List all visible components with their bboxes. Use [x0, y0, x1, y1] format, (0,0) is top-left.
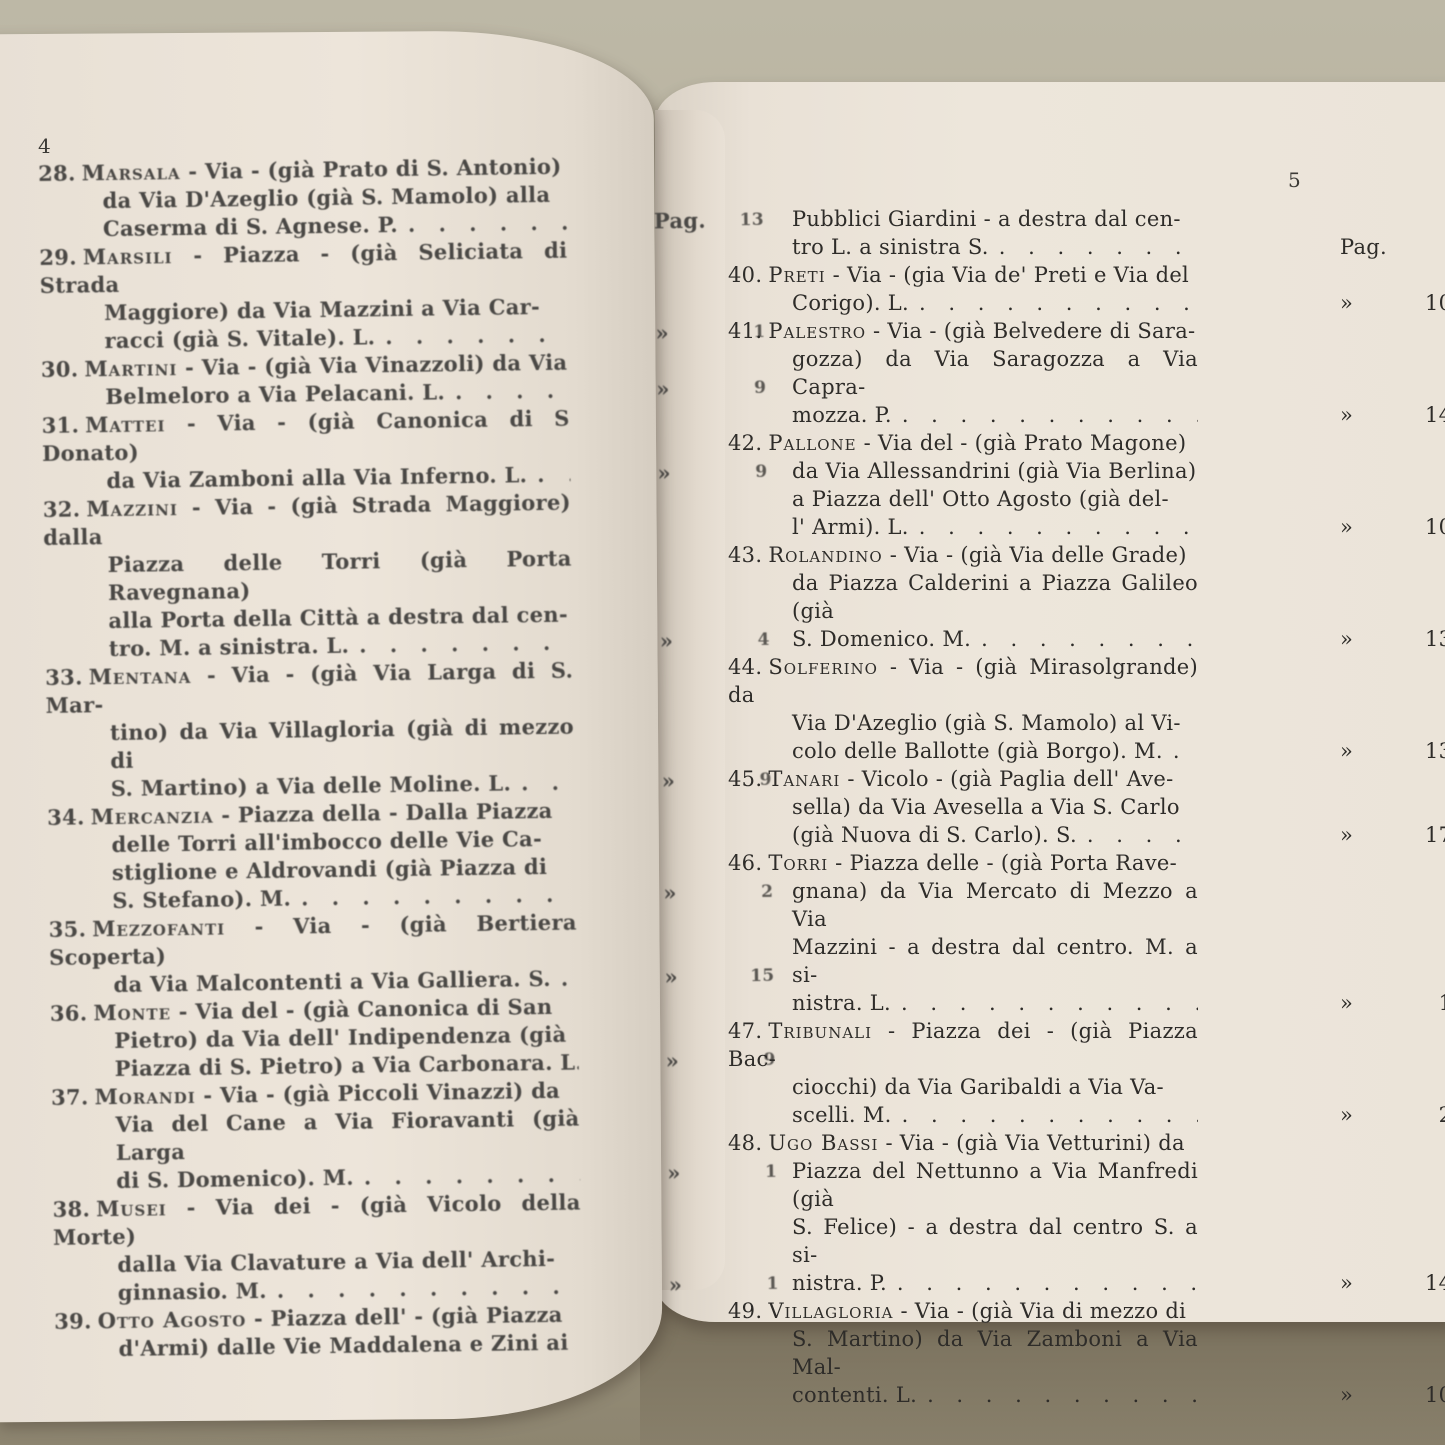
entry-text-line: S. Stefano). M. — [112, 885, 291, 915]
page-ref-value: 141 — [1425, 401, 1445, 429]
right-page-number: 5 — [1288, 168, 1301, 192]
entry-number: 35. — [49, 916, 87, 942]
entry-number: 46. — [728, 851, 762, 875]
entry-number: 45. — [728, 767, 762, 791]
entry-number: 47. — [728, 1019, 762, 1043]
street-name: Monte — [93, 999, 171, 1025]
index-entry: 44.Solferino - Via - (già Mirasolgrande)… — [728, 653, 1328, 765]
page-reference: »26 — [1340, 1101, 1445, 1129]
index-entry: 43.Rolandino - Via - (già Via delle Grad… — [728, 541, 1328, 653]
index-entry: 38.Musei - Via dei - (già Vicolo della M… — [52, 1187, 669, 1308]
entry-first-line: 47.Tribunali - Piazza dei - (già Piazza … — [728, 1017, 1198, 1073]
page-reference: »101 — [1340, 513, 1445, 541]
entry-text-line: nistra. L. — [792, 989, 891, 1017]
entry-text-line: - Piazza della - Dalla Piazza — [221, 798, 553, 828]
dot-leaders: . . . . . . . . . . . . . . . . . . . . … — [1173, 737, 1198, 765]
entry-first-line: 45.Tanari - Vicolo - (già Paglia dell' A… — [728, 765, 1198, 793]
entry-text-line: (già Nuova di S. Carlo). S. — [792, 821, 1077, 849]
page-ref-label: » — [667, 1159, 681, 1187]
street-name: Tribunali — [768, 1019, 872, 1043]
entry-first-line: 35.Mezzofanti - Via - (già Bertiera Scop… — [49, 909, 578, 972]
dot-leaders: . . . . . . . . . . . . . . . . . . . . … — [561, 965, 578, 993]
entry-text-line: - Via - (già Prato di S. Antonio) — [188, 154, 562, 184]
entry-text-line: ciocchi) da Via Garibaldi a Via Va- — [728, 1073, 1198, 1101]
street-name: Ugo Bassi — [768, 1131, 878, 1155]
street-name: Mentana — [88, 663, 191, 689]
entry-text-line: scelli. M. — [792, 1101, 892, 1129]
page-ref-value: 105 — [1425, 1381, 1445, 1409]
street-name: Pallone — [768, 431, 856, 455]
entry-last-line: colo delle Ballotte (già Borgo). M.. . .… — [728, 737, 1198, 765]
index-entry: 30.Martini - Via - (già Via Vinazzoli) d… — [41, 347, 657, 412]
entry-text-line: contenti. L. — [792, 1381, 917, 1409]
street-name: Villagloria — [768, 1299, 893, 1323]
entry-number: 48. — [728, 1131, 762, 1155]
entry-last-line: scelli. M.. . . . . . . . . . . . . . . … — [728, 1101, 1198, 1129]
page-ref-label: » — [664, 963, 678, 991]
entry-text-line: - Via - (già Belvedere di Sara- — [873, 319, 1195, 343]
page-ref-value: 9 — [1426, 233, 1445, 261]
entry-last-line: nistra. P.. . . . . . . . . . . . . . . … — [728, 1269, 1198, 1297]
entry-text-line: S. Domenico. M. — [792, 625, 971, 653]
page-ref-label: » — [663, 879, 677, 907]
page-ref-value: 132 — [1425, 737, 1445, 765]
index-entry: 42.Pallone - Via del - (già Prato Magone… — [728, 429, 1328, 541]
entry-last-line: tro L. a sinistra S. . . . . . . . . . .… — [728, 233, 1198, 261]
entry-first-line: 38.Musei - Via dei - (già Vicolo della M… — [52, 1189, 581, 1252]
entry-number: 29. — [39, 244, 77, 270]
entry-text-line: tro. M. a sinistra. L. — [109, 632, 350, 663]
page-ref-value: 26 — [1426, 1101, 1445, 1129]
page-ref-label: » — [655, 319, 669, 347]
entry-text-line: Caserma di S. Agnese. P. — [103, 211, 398, 243]
index-entry: 41.Palestro - Via - (già Belvedere di Sa… — [728, 317, 1328, 429]
index-entry: 33.Mentana - Via - (già Via Larga di S. … — [45, 655, 662, 804]
page-reference: »170 — [1340, 821, 1445, 849]
index-entry: 36.Monte - Via del - (già Canonica di Sa… — [50, 991, 666, 1084]
left-page-number: 4 — [38, 134, 51, 158]
index-entry: 47.Tribunali - Piazza dei - (già Piazza … — [728, 1017, 1328, 1129]
index-entry: 32.Mazzini - Via - (già Strada Maggiore)… — [43, 487, 660, 664]
entry-text-line: - Via - (già Via Vetturini) da — [885, 1131, 1184, 1155]
entry-number: 39. — [54, 1308, 92, 1334]
page-ref-value: 14 — [1426, 989, 1445, 1017]
entry-number: 30. — [41, 356, 79, 382]
entry-first-line: 32.Mazzini - Via - (già Strada Maggiore)… — [43, 489, 572, 552]
dot-leaders: . . . . . . . . . . . . . . . . . . . . … — [277, 1273, 582, 1305]
dot-leaders: . . . . . . . . . . . . . . . . . . . . … — [359, 629, 573, 660]
entry-last-line: contenti. L.. . . . . . . . . . . . . . … — [728, 1381, 1198, 1409]
index-entry: 37.Morandi - Via - (già Piccoli Vinazzi)… — [51, 1075, 668, 1196]
dot-leaders: . . . . . . . . . . . . . . . . . . . . … — [981, 625, 1198, 653]
entry-text-line: - Via del - (già Canonica di San — [178, 994, 552, 1024]
entry-first-line: 29.Marsili - Piazza - (già Seliciata di … — [39, 237, 568, 300]
dot-leaders: . . . . . . . . . . . . . . . . . . . . … — [521, 769, 575, 798]
street-name: Morandi — [94, 1083, 195, 1109]
page-ref-label: Pag. — [1340, 233, 1387, 261]
dot-leaders: . . . . . . . . . . . . . . . . . . . . … — [901, 989, 1198, 1017]
street-name: Solferino — [768, 655, 878, 679]
page-ref-label: » — [1340, 289, 1353, 317]
entry-text-line: gnana) da Via Mercato di Mezzo a Via — [728, 877, 1198, 933]
street-name: Musei — [96, 1195, 167, 1221]
entry-text-line: - Via - (già Via Vinazzoli) da Via — [185, 350, 568, 380]
page-ref-label: » — [656, 375, 670, 403]
dot-leaders: . . . . . . . . . . . . . . . . . . . . … — [919, 513, 1198, 541]
page-ref-label: » — [1340, 989, 1353, 1017]
entry-number: 33. — [45, 664, 83, 690]
page-ref-label: » — [669, 1271, 683, 1299]
right-page-index-list: Pubblici Giardini - a destra dal cen- tr… — [728, 205, 1328, 1409]
entry-text-line: da Piazza Calderini a Piazza Galileo (gi… — [728, 569, 1198, 625]
page-ref-value: 170 — [1425, 821, 1445, 849]
street-name: Martini — [84, 355, 177, 381]
street-name: Marsala — [81, 159, 180, 185]
page-ref-label: » — [662, 767, 676, 795]
street-name: Tanari — [768, 767, 840, 791]
page-reference: »103 — [1340, 289, 1445, 317]
street-name: Mattei — [85, 411, 166, 437]
entry-text-line: Pubblici Giardini - a destra dal cen- — [728, 205, 1198, 233]
page-reference: »143 — [1340, 1269, 1445, 1297]
entry-number: 32. — [43, 496, 81, 522]
dot-leaders: . . . . . . . . . . . . . . . . . . . . … — [919, 289, 1198, 317]
entry-last-line: l' Armi). L.. . . . . . . . . . . . . . … — [728, 513, 1198, 541]
page-ref-label: » — [660, 627, 674, 655]
entry-number: 40. — [728, 263, 762, 287]
entry-last-line: Corigo). L.. . . . . . . . . . . . . . .… — [728, 289, 1198, 317]
index-entry: 31.Mattei - Via - (già Canonica di S Don… — [42, 403, 658, 496]
dot-leaders: . . . . . . . . . . . . . . . . . . . . … — [999, 233, 1198, 261]
entry-text-line: mozza. P. — [792, 401, 892, 429]
street-name: Mezzofanti — [92, 914, 225, 941]
street-name: Marsili — [83, 243, 173, 269]
entry-text-line: nistra. P. — [792, 1269, 887, 1297]
street-name: Palestro — [768, 319, 866, 343]
entry-text-line: colo delle Ballotte (già Borgo). M. — [792, 737, 1163, 765]
entry-text-line: ginnasio. M. — [118, 1277, 267, 1307]
entry-first-line: 44.Solferino - Via - (già Mirasolgrande)… — [728, 653, 1198, 709]
entry-text-line: Corigo). L. — [792, 289, 909, 317]
page-ref-label: » — [1340, 737, 1353, 765]
index-entry: 40.Preti - Via - (gia Via de' Preti e Vi… — [728, 261, 1328, 317]
dot-leaders: . . . . . . . . . . . . . . . . . . . . … — [897, 1269, 1198, 1297]
page-reference: »14 — [1340, 989, 1445, 1017]
page-ref-label: » — [1340, 821, 1353, 849]
entry-last-line: S. Domenico. M.. . . . . . . . . . . . .… — [728, 625, 1198, 653]
entry-number: 28. — [38, 160, 76, 186]
dot-leaders: . . . . . . . . . . . . . . . . . . . . … — [408, 209, 567, 239]
entry-text-line: Piazza delle Torri (già Porta Ravegnana) — [43, 545, 572, 608]
index-entry: 39.Otto Agosto - Piazza dell' - (già Pia… — [54, 1299, 670, 1364]
index-entry: 46.Torri - Piazza delle - (già Porta Rav… — [728, 849, 1328, 1017]
page-ref-value: 103 — [1425, 289, 1445, 317]
page-ref-label: » — [1340, 401, 1353, 429]
page-ref-label: » — [1340, 513, 1353, 541]
entry-text-line: - Piazza dell' - (già Piazza — [254, 1302, 563, 1331]
page-ref-label: Pag. — [654, 207, 706, 236]
page-ref-label: » — [1340, 1381, 1353, 1409]
entry-text-line: l' Armi). L. — [792, 513, 909, 541]
page-ref-label: » — [665, 1047, 679, 1075]
entry-text-line: - Via - (già Via di mezzo di — [900, 1299, 1186, 1323]
street-name: Rolandino — [768, 543, 882, 567]
index-entry: 28.Marsala - Via - (già Prato di S. Anto… — [38, 151, 654, 244]
street-name: Mazzini — [86, 495, 178, 521]
dot-leaders: . . . . . . . . . . . . . . . . . . . . … — [385, 321, 569, 352]
page-ref-label: » — [1340, 625, 1353, 653]
page-reference: »132 — [1340, 737, 1445, 765]
entry-text-line: Mazzini - a destra dal centro. M. a si- — [728, 933, 1198, 989]
entry-first-line: 46.Torri - Piazza delle - (già Porta Rav… — [728, 849, 1198, 877]
entry-number: 38. — [52, 1196, 90, 1222]
page-reference: »141 — [1340, 401, 1445, 429]
page-reference: »105 — [1340, 1381, 1445, 1409]
entry-number: 42. — [728, 431, 762, 455]
street-name: Mercanzia — [90, 803, 213, 830]
entry-number: 49. — [728, 1299, 762, 1323]
page-ref-value: 130 — [1425, 625, 1445, 653]
entry-text-line: Piazza del Nettunno a Via Manfredi (già — [728, 1157, 1198, 1213]
entry-first-line: 33.Mentana - Via - (già Via Larga di S. … — [45, 657, 574, 720]
entry-last-line: mozza. P.. . . . . . . . . . . . . . . .… — [728, 401, 1198, 429]
entry-first-line: 42.Pallone - Via del - (già Prato Magone… — [728, 429, 1198, 457]
entry-last-line: (già Nuova di S. Carlo). S.. . . . . . .… — [728, 821, 1198, 849]
index-entry: 48.Ugo Bassi - Via - (già Via Vetturini)… — [728, 1129, 1328, 1297]
entry-text-line: da Via Allessandrini (già Via Berlina) — [728, 457, 1198, 485]
entry-text-line: tro L. a sinistra S. — [792, 233, 989, 261]
entry-text-line: - Piazza delle - (già Porta Rave- — [835, 851, 1177, 875]
entry-text-line: - Via - (già Via delle Grade) — [890, 543, 1187, 567]
page-reference: »130 — [1340, 625, 1445, 653]
entry-number: 34. — [47, 804, 85, 830]
dot-leaders: . . . . . . . . . . . . . . . . . . . . … — [902, 1101, 1198, 1129]
entry-number: 41. — [728, 319, 762, 343]
entry-text-line: di S. Domenico). M. — [116, 1164, 354, 1195]
entry-first-line: 41.Palestro - Via - (già Belvedere di Sa… — [728, 317, 1198, 345]
entry-text-line: a Piazza dell' Otto Agosto (già del- — [728, 485, 1198, 513]
entry-text-line: Via D'Azeglio (già S. Mamolo) al Vi- — [728, 709, 1198, 737]
index-entry: 29.Marsili - Piazza - (già Seliciata di … — [39, 235, 656, 356]
entry-number: 37. — [51, 1084, 89, 1110]
street-name: Torri — [768, 851, 828, 875]
entry-first-line: 49.Villagloria - Via - (già Via di mezzo… — [728, 1297, 1198, 1325]
entry-text-line: S. Martino) da Via Zamboni a Via Mal- — [728, 1325, 1198, 1381]
left-page-index-list: 28.Marsala - Via - (già Prato di S. Anto… — [38, 151, 670, 1363]
page-ref-label: » — [657, 459, 671, 487]
entry-text-line: S. Felice) - a destra dal centro S. a si… — [728, 1213, 1198, 1269]
entry-number: 31. — [42, 412, 80, 438]
entry-text-line: - Via - (già Piccoli Vinazzi) da — [203, 1078, 560, 1108]
dot-leaders: . . . . . . . . . . . . . . . . . . . . … — [537, 461, 571, 489]
dot-leaders: . . . . . . . . . . . . . . . . . . . . … — [364, 1161, 581, 1192]
page-ref-value: 101 — [1425, 513, 1445, 541]
entry-number: 43. — [728, 543, 762, 567]
entry-text-line: - Vicolo - (già Paglia dell' Ave- — [847, 767, 1173, 791]
entry-text-line: sella) da Via Avesella a Via S. Carlo — [728, 793, 1198, 821]
street-name: Otto Agosto — [97, 1306, 246, 1333]
entry-last-line: nistra. L.. . . . . . . . . . . . . . . … — [728, 989, 1198, 1017]
index-entry: 34.Mercanzia - Piazza della - Dalla Piaz… — [47, 795, 664, 916]
index-entry-continuation: Pubblici Giardini - a destra dal cen- tr… — [728, 205, 1328, 261]
page-reference: Pag. 9 — [1340, 233, 1445, 261]
entry-text-line: - Via - (gia Via de' Preti e Via del — [833, 263, 1189, 287]
entry-first-line: 40.Preti - Via - (gia Via de' Preti e Vi… — [728, 261, 1198, 289]
entry-text-line: Via del Cane a Via Fioravanti (già Larga — [51, 1105, 580, 1168]
entry-first-line: 43.Rolandino - Via - (già Via delle Grad… — [728, 541, 1198, 569]
dot-leaders: . . . . . . . . . . . . . . . . . . . . … — [902, 401, 1198, 429]
entry-number: 36. — [50, 1000, 88, 1026]
entry-first-line: 48.Ugo Bassi - Via - (già Via Vetturini)… — [728, 1129, 1198, 1157]
entry-text-line: gozza) da Via Saragozza a Via Capra- — [728, 345, 1198, 401]
dot-leaders: . . . . . . . . . . . . . . . . . . . . … — [301, 881, 577, 913]
entry-first-line: 31.Mattei - Via - (già Canonica di S Don… — [42, 405, 571, 468]
entry-text-line: tino) da Via Villagloria (già di mezzo d… — [46, 713, 575, 776]
page-ref-value: 143 — [1425, 1269, 1445, 1297]
index-entry: 35.Mezzofanti - Via - (già Bertiera Scop… — [49, 907, 665, 1000]
index-entry: 45.Tanari - Vicolo - (già Paglia dell' A… — [728, 765, 1328, 849]
entry-number: 44. — [728, 655, 762, 679]
page-ref-label: » — [1340, 1269, 1353, 1297]
page-ref-label: » — [1340, 1101, 1353, 1129]
entry-text-line: racci (già S. Vitale). L. — [104, 323, 375, 355]
dot-leaders: . . . . . . . . . . . . . . . . . . . . … — [455, 377, 570, 407]
index-entry: 49.Villagloria - Via - (già Via di mezzo… — [728, 1297, 1328, 1409]
entry-text-line: - Via del - (già Prato Magone) — [864, 431, 1187, 455]
dot-leaders: . . . . . . . . . . . . . . . . . . . . … — [927, 1381, 1198, 1409]
street-name: Preti — [768, 263, 825, 287]
dot-leaders: . . . . . . . . . . . . . . . . . . . . … — [1087, 821, 1198, 849]
